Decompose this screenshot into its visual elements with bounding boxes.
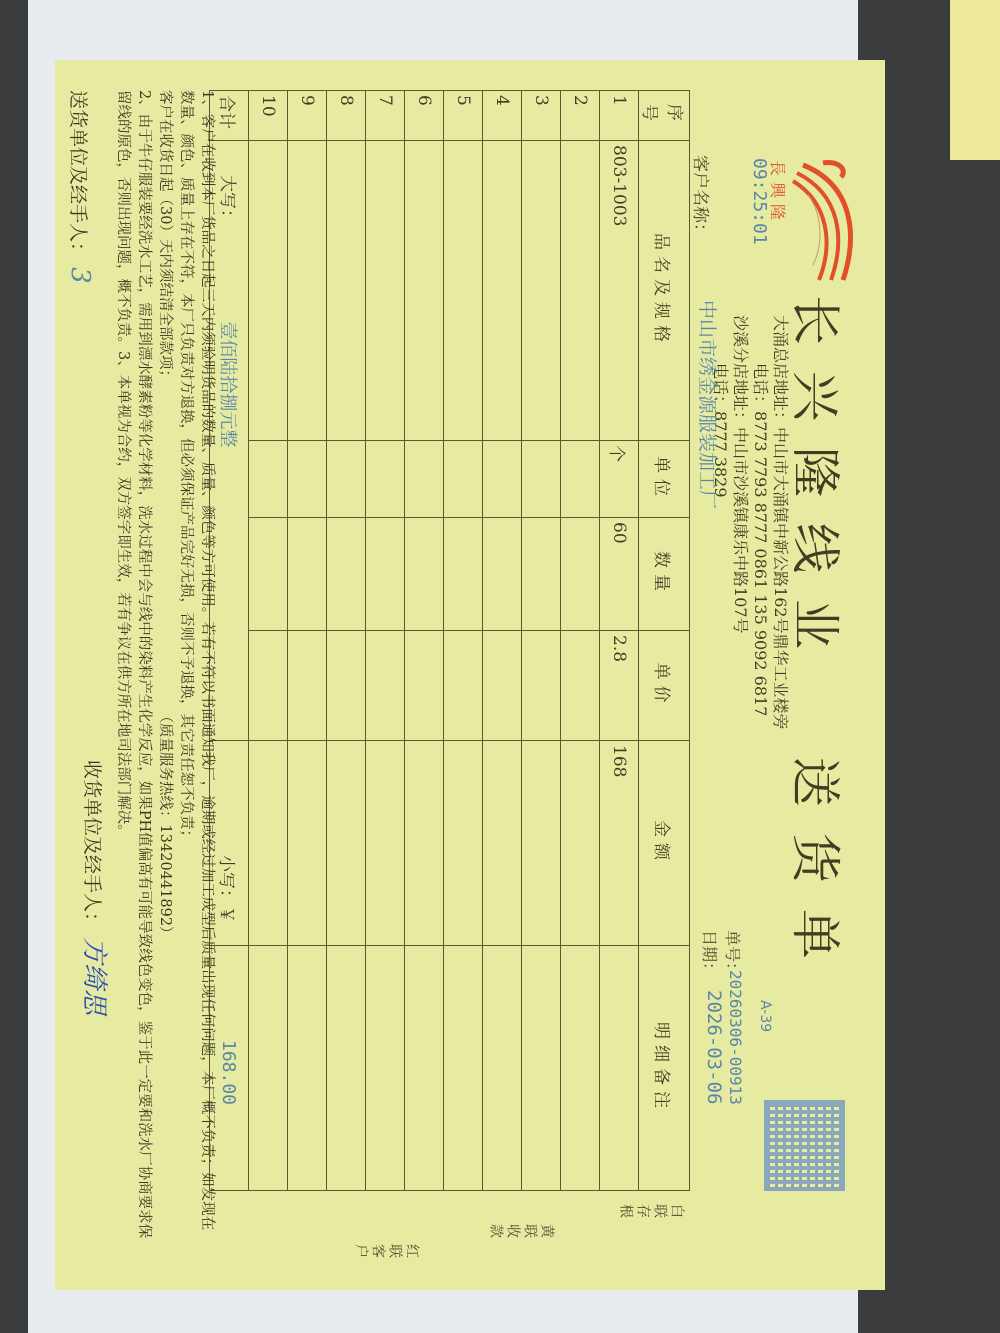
cell-unit: [327, 441, 366, 518]
cell-price: [444, 631, 483, 741]
cell-note: [405, 946, 444, 1191]
cell-item: [327, 141, 366, 441]
cell-note: [366, 946, 405, 1191]
table-row: 7: [366, 91, 405, 1191]
cell-note: [288, 946, 327, 1191]
printed-time: 09:25:01: [749, 158, 770, 245]
customer-name: 中山市绣金源服装加工厂: [695, 300, 722, 509]
cell-unit: [561, 441, 600, 518]
order-date: 2026-03-06: [703, 990, 725, 1104]
items-table: 序号 品名及规格 单位 数量 单价 金额 明细备注 1 803-1003 个 6…: [209, 90, 690, 1191]
copy-label-white: 白联存根: [617, 1200, 685, 1220]
cell-item: [249, 141, 288, 441]
cell-price: [288, 631, 327, 741]
col-header-price: 单价: [639, 631, 690, 741]
terms-block: 1、客户在收到本厂货品之日起三天内须验明货品的数量、质量、颜色等方可使用。若有不…: [112, 90, 217, 1240]
branch-address-label: 沙溪分店地址：: [731, 315, 750, 427]
receiver-signature-line: 收货单位及经手人： 方绮思: [78, 760, 115, 1015]
cell-amount: [327, 741, 366, 946]
cell-price: [561, 631, 600, 741]
cell-amount: [483, 741, 522, 946]
cell-item: [288, 141, 327, 441]
cell-amount: [288, 741, 327, 946]
col-header-unit: 单位: [639, 441, 690, 518]
branch-address: 中山市沙溪镇康乐中路107号: [731, 427, 750, 634]
table-row: 2: [561, 91, 600, 1191]
cell-qty: [483, 518, 522, 631]
hq-phone: 8773 7793 8777 0861 135 9092 6817: [751, 411, 770, 716]
cell-item: [405, 141, 444, 441]
delivery-note-sheet: 長興隆 09:25:01 长兴隆线业 送货单 大涌总店地址：中山市大涌镇中新公路…: [55, 60, 885, 1290]
table-row: 9: [288, 91, 327, 1191]
terms-line-1: 1、客户在收到本厂货品之日起三天内须验明货品的数量、质量、颜色等方可使用。若有不…: [175, 90, 217, 1240]
total-lower-label: 小写：￥: [217, 855, 237, 923]
hq-phone-label: 电话：: [751, 363, 770, 411]
underlying-yellow-copy: [950, 0, 1000, 160]
table-row: 4: [483, 91, 522, 1191]
cell-no: 7: [366, 91, 405, 141]
order-number: 20260306-00913: [726, 970, 745, 1105]
date-label: 日期：: [699, 930, 722, 978]
total-lower-value: 168.00: [219, 1040, 240, 1105]
cell-no: 10: [249, 91, 288, 141]
table-row: 5: [444, 91, 483, 1191]
copy-label-red: 红联客户: [352, 1240, 420, 1260]
cell-price: [522, 631, 561, 741]
cell-unit: [444, 441, 483, 518]
cell-no: 3: [522, 91, 561, 141]
terms-line-3: 2、由于牛仔服装要经洗水工艺，需用到漂水酵素粉等化学材料，洗水过程中会与线中的染…: [112, 90, 154, 1240]
cell-price: [405, 631, 444, 741]
cell-qty: 60: [600, 518, 639, 631]
cell-item: [483, 141, 522, 441]
hq-address-label: 大涌总店地址：: [771, 315, 790, 427]
cell-no: 4: [483, 91, 522, 141]
table-row: 1 803-1003 个 60 2.8 168: [600, 91, 639, 1191]
total-upper-label: 大写：: [217, 175, 237, 226]
terms-payment: 客户在收货日起（30）天内须结清全部款项；: [157, 90, 173, 384]
customer-label: 客户名称：: [690, 155, 715, 240]
cell-unit: [288, 441, 327, 518]
cell-unit: [366, 441, 405, 518]
cell-note: [561, 946, 600, 1191]
cell-qty: [327, 518, 366, 631]
table-row: 8: [327, 91, 366, 1191]
cell-price: 2.8: [600, 631, 639, 741]
cell-note: [444, 946, 483, 1191]
cell-amount: [522, 741, 561, 946]
col-header-item: 品名及规格: [639, 141, 690, 441]
table-row: 6: [405, 91, 444, 1191]
sender-signature: 3: [65, 267, 95, 284]
hq-address-line: 大涌总店地址：中山市大涌镇中新公路162号鼎华工业楼旁: [770, 315, 793, 730]
cell-note: [522, 946, 561, 1191]
cell-qty: [366, 518, 405, 631]
copy-label-yellow: 黄联收款: [487, 1220, 555, 1240]
quality-hotline: （质量服务热线：13420441892）: [157, 709, 173, 941]
cell-item: 803-1003: [600, 141, 639, 441]
cell-note: [600, 946, 639, 1191]
book-code: A-39: [757, 1000, 773, 1032]
cell-qty: [444, 518, 483, 631]
table-header-row: 序号 品名及规格 单位 数量 单价 金额 明细备注: [639, 91, 690, 1191]
cell-qty: [288, 518, 327, 631]
sender-signature-line: 送货单位及经手人： 3: [65, 90, 95, 284]
receiver-signature: 方绮思: [79, 937, 109, 1015]
company-logo-icon: [788, 155, 863, 285]
receiver-label: 收货单位及经手人：: [81, 760, 103, 931]
cell-unit: [522, 441, 561, 518]
cell-amount: 168: [600, 741, 639, 946]
cell-qty: [405, 518, 444, 631]
company-name: 长兴隆线业: [786, 295, 844, 675]
cell-qty: [522, 518, 561, 631]
cell-qty: [561, 518, 600, 631]
table-row: 10: [249, 91, 288, 1191]
document-type: 送货单: [786, 757, 844, 985]
cell-amount: [405, 741, 444, 946]
terms-line-2: 客户在收货日起（30）天内须结清全部款项； （质量服务热线：1342044189…: [154, 90, 175, 1240]
cell-no: 5: [444, 91, 483, 141]
cell-price: [249, 631, 288, 741]
cell-unit: [483, 441, 522, 518]
cell-no: 1: [600, 91, 639, 141]
cell-unit: 个: [600, 441, 639, 518]
sender-label: 送货单位及经手人：: [67, 90, 89, 261]
cell-item: [444, 141, 483, 441]
total-upper-value: 壹佰陆拾捌元整: [217, 321, 238, 447]
cell-qty: [249, 518, 288, 631]
hq-phone-line: 电话：8773 7793 8777 0861 135 9092 6817: [750, 363, 773, 716]
cell-item: [522, 141, 561, 441]
cell-no: 9: [288, 91, 327, 141]
cell-price: [483, 631, 522, 741]
logo-name: 長興隆: [767, 160, 790, 226]
branch-address-line: 沙溪分店地址：中山市沙溪镇康乐中路107号: [730, 315, 753, 634]
cell-no: 8: [327, 91, 366, 141]
cell-price: [366, 631, 405, 741]
cell-no: 6: [405, 91, 444, 141]
cell-item: [561, 141, 600, 441]
table-row: 3: [522, 91, 561, 1191]
cell-amount: [249, 741, 288, 946]
cell-amount: [444, 741, 483, 946]
col-header-qty: 数量: [639, 518, 690, 631]
cell-unit: [249, 441, 288, 518]
col-header-note: 明细备注: [639, 946, 690, 1191]
cell-price: [327, 631, 366, 741]
col-header-amount: 金额: [639, 741, 690, 946]
hq-address: 中山市大涌镇中新公路162号鼎华工业楼旁: [771, 427, 790, 730]
cell-amount: [561, 741, 600, 946]
cell-note: [327, 946, 366, 1191]
cell-note: [249, 946, 288, 1191]
cell-note: [483, 946, 522, 1191]
cell-unit: [405, 441, 444, 518]
cell-amount: [366, 741, 405, 946]
cell-no: 2: [561, 91, 600, 141]
qr-code-icon: [764, 1100, 845, 1191]
page-title: 长兴隆线业 送货单: [783, 295, 855, 985]
col-header-no: 序号: [639, 91, 690, 141]
cell-item: [366, 141, 405, 441]
